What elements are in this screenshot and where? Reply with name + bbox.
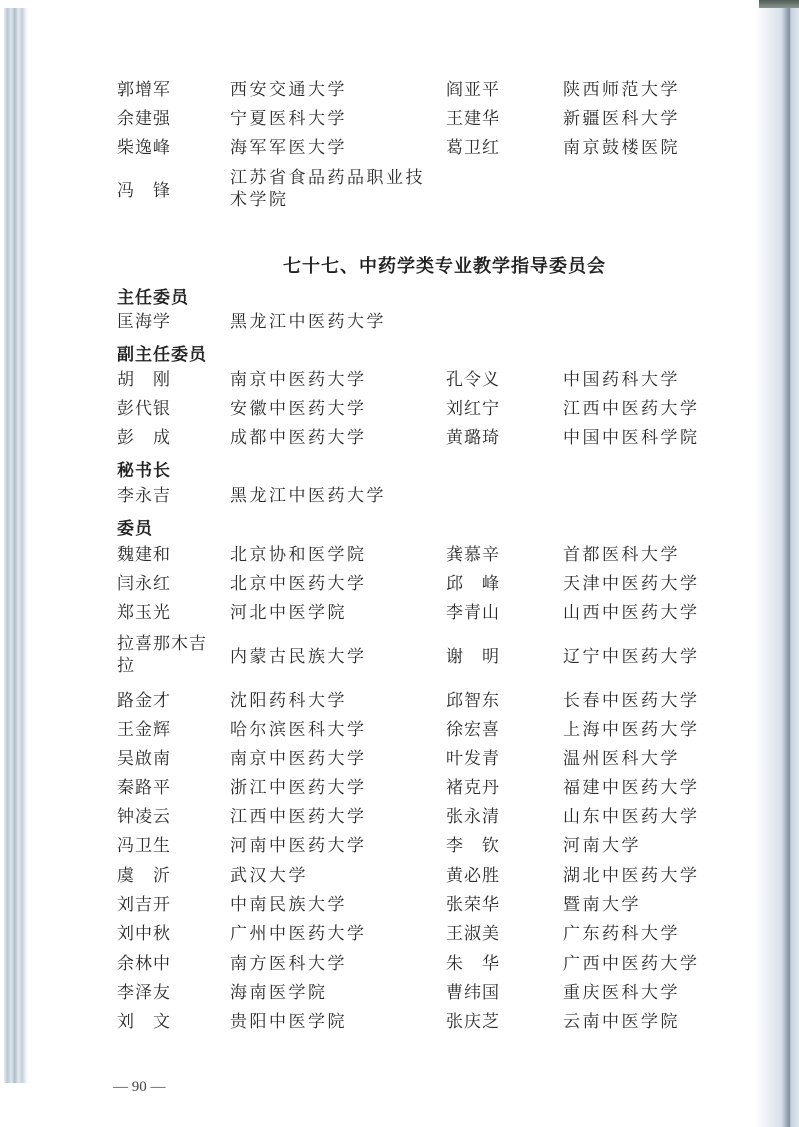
member-organization: 云南中医学院 — [563, 1008, 680, 1036]
member-name: 李泽友 — [117, 979, 171, 1007]
member-row: 魏建和 北京协和医学院 龚慕辛 首都医科大学 — [0, 541, 799, 569]
member-name: 匡海学 — [117, 308, 171, 336]
role-heading-director: 主任委员 — [117, 283, 189, 308]
member-organization: 西安交通大学 — [230, 76, 347, 104]
role-heading-secretary-general: 秘书长 — [117, 456, 171, 481]
member-row: 冯 锋 江苏省食品药品职业技术学院 — [0, 167, 799, 215]
member-name: 胡 刚 — [117, 366, 171, 394]
member-name: 谢 明 — [446, 643, 500, 671]
member-row: 刘中秋 广州中医药大学 王淑美 广东药科大学 — [0, 920, 799, 948]
member-organization: 安徽中医药大学 — [230, 395, 367, 423]
member-organization: 海军军医大学 — [230, 134, 347, 162]
member-name: 邱智东 — [446, 687, 500, 715]
member-row: 柴逸峰 海军军医大学 葛卫红 南京鼓楼医院 — [0, 134, 799, 162]
member-organization: 黑龙江中医药大学 — [230, 308, 386, 336]
member-name: 葛卫红 — [446, 134, 500, 162]
member-organization: 武汉大学 — [230, 862, 308, 890]
member-name: 褚克丹 — [446, 774, 500, 802]
member-organization: 北京协和医学院 — [230, 541, 367, 569]
member-organization: 福建中医药大学 — [563, 774, 700, 802]
member-organization: 温州医科大学 — [563, 745, 680, 773]
member-name: 刘红宁 — [446, 395, 500, 423]
member-name: 刘中秋 — [117, 920, 171, 948]
member-name: 徐宏喜 — [446, 716, 500, 744]
member-organization: 首都医科大学 — [563, 541, 680, 569]
member-name: 黄必胜 — [446, 862, 500, 890]
member-row: 王金辉 哈尔滨医科大学 徐宏喜 上海中医药大学 — [0, 716, 799, 744]
member-organization: 哈尔滨医科大学 — [230, 716, 367, 744]
member-row: 虞 沂 武汉大学 黄必胜 湖北中医药大学 — [0, 862, 799, 890]
member-organization: 天津中医药大学 — [563, 570, 700, 598]
member-row: 秦路平 浙江中医药大学 褚克丹 福建中医药大学 — [0, 774, 799, 802]
member-name: 吴啟南 — [117, 745, 171, 773]
member-organization: 中国药科大学 — [563, 366, 680, 394]
member-organization: 南京中医药大学 — [230, 745, 367, 773]
member-organization: 南京中医药大学 — [230, 366, 367, 394]
member-name: 龚慕辛 — [446, 541, 500, 569]
member-name: 阎亚平 — [446, 76, 500, 104]
member-name: 虞 沂 — [117, 862, 171, 890]
member-organization: 广州中医药大学 — [230, 920, 367, 948]
member-row: 李永吉 黑龙江中医药大学 — [0, 482, 799, 510]
member-organization: 广西中医药大学 — [563, 950, 700, 978]
member-name: 冯 锋 — [117, 177, 171, 205]
member-name: 张永清 — [446, 803, 500, 831]
member-name: 黄璐琦 — [446, 424, 500, 452]
member-name: 郭增军 — [117, 76, 171, 104]
member-row: 闫永红 北京中医药大学 邱 峰 天津中医药大学 — [0, 570, 799, 598]
member-row: 李泽友 海南医学院 曹纬国 重庆医科大学 — [0, 979, 799, 1007]
member-name: 拉喜那木吉拉 — [117, 633, 217, 677]
member-name: 路金才 — [117, 687, 171, 715]
member-row: 拉喜那木吉拉 内蒙古民族大学 谢 明 辽宁中医药大学 — [0, 633, 799, 681]
member-organization: 贵阳中医学院 — [230, 1008, 347, 1036]
member-name: 张庆芝 — [446, 1008, 500, 1036]
member-organization: 新疆医科大学 — [563, 105, 680, 133]
member-organization: 南京鼓楼医院 — [563, 134, 680, 162]
member-organization: 中国中医科学院 — [563, 424, 700, 452]
page-number: — 90 — — [113, 1079, 166, 1096]
member-name: 钟凌云 — [117, 803, 171, 831]
member-organization: 上海中医药大学 — [563, 716, 700, 744]
member-row: 郑玉光 河北中医学院 李青山 山西中医药大学 — [0, 599, 799, 627]
member-row: 冯卫生 河南中医药大学 李 钦 河南大学 — [0, 832, 799, 860]
member-name: 李永吉 — [117, 482, 171, 510]
member-name: 王建华 — [446, 105, 500, 133]
member-name: 李青山 — [446, 599, 500, 627]
member-name: 张荣华 — [446, 891, 500, 919]
section-title: 七十七、中药学类专业教学指导委员会 — [0, 252, 799, 278]
role-heading-deputy-director: 副主任委员 — [117, 340, 207, 365]
member-organization: 山西中医药大学 — [563, 599, 700, 627]
member-name: 王金辉 — [117, 716, 171, 744]
member-name: 叶发青 — [446, 745, 500, 773]
member-name: 朱 华 — [446, 950, 500, 978]
member-name: 曹纬国 — [446, 979, 500, 1007]
member-row: 匡海学 黑龙江中医药大学 — [0, 308, 799, 336]
member-organization: 成都中医药大学 — [230, 424, 367, 452]
member-row: 郭增军 西安交通大学 阎亚平 陕西师范大学 — [0, 76, 799, 104]
member-organization: 长春中医药大学 — [563, 687, 700, 715]
member-organization: 内蒙古民族大学 — [230, 643, 430, 671]
member-organization: 江苏省食品药品职业技术学院 — [230, 167, 430, 211]
member-organization: 黑龙江中医药大学 — [230, 482, 386, 510]
member-row: 胡 刚 南京中医药大学 孔令义 中国药科大学 — [0, 366, 799, 394]
member-row: 余建强 宁夏医科大学 王建华 新疆医科大学 — [0, 105, 799, 133]
member-row: 钟凌云 江西中医药大学 张永清 山东中医药大学 — [0, 803, 799, 831]
member-organization: 湖北中医药大学 — [563, 862, 700, 890]
member-organization: 浙江中医药大学 — [230, 774, 367, 802]
member-name: 柴逸峰 — [117, 134, 171, 162]
member-organization: 南方医科大学 — [230, 950, 347, 978]
member-organization: 河南大学 — [563, 832, 641, 860]
member-organization: 北京中医药大学 — [230, 570, 367, 598]
member-name: 郑玉光 — [117, 599, 171, 627]
member-name: 秦路平 — [117, 774, 171, 802]
member-name: 王淑美 — [446, 920, 500, 948]
member-row: 路金才 沈阳药科大学 邱智东 长春中医药大学 — [0, 687, 799, 715]
member-row: 余林中 南方医科大学 朱 华 广西中医药大学 — [0, 950, 799, 978]
member-name: 刘吉开 — [117, 891, 171, 919]
member-name: 魏建和 — [117, 541, 171, 569]
member-organization: 河北中医学院 — [230, 599, 347, 627]
member-organization: 沈阳药科大学 — [230, 687, 347, 715]
member-name: 孔令义 — [446, 366, 500, 394]
member-name: 闫永红 — [117, 570, 171, 598]
member-name: 彭 成 — [117, 424, 171, 452]
member-organization: 辽宁中医药大学 — [563, 643, 700, 671]
member-name: 余建强 — [117, 105, 171, 133]
member-organization: 河南中医药大学 — [230, 832, 367, 860]
member-name: 邱 峰 — [446, 570, 500, 598]
member-row: 吴啟南 南京中医药大学 叶发青 温州医科大学 — [0, 745, 799, 773]
member-organization: 山东中医药大学 — [563, 803, 700, 831]
member-organization: 中南民族大学 — [230, 891, 347, 919]
member-row: 彭 成 成都中医药大学 黄璐琦 中国中医科学院 — [0, 424, 799, 452]
member-organization: 重庆医科大学 — [563, 979, 680, 1007]
member-organization: 暨南大学 — [563, 891, 641, 919]
member-row: 刘吉开 中南民族大学 张荣华 暨南大学 — [0, 891, 799, 919]
member-name: 李 钦 — [446, 832, 500, 860]
member-row: 刘 文 贵阳中医学院 张庆芝 云南中医学院 — [0, 1008, 799, 1036]
member-organization: 陕西师范大学 — [563, 76, 680, 104]
member-name: 冯卫生 — [117, 832, 171, 860]
member-organization: 海南医学院 — [230, 979, 328, 1007]
member-name: 彭代银 — [117, 395, 171, 423]
member-organization: 宁夏医科大学 — [230, 105, 347, 133]
member-name: 余林中 — [117, 950, 171, 978]
role-heading-members: 委员 — [117, 514, 153, 539]
member-organization: 广东药科大学 — [563, 920, 680, 948]
member-name: 刘 文 — [117, 1008, 171, 1036]
member-organization: 江西中医药大学 — [563, 395, 700, 423]
document-page: 郭增军 西安交通大学 阎亚平 陕西师范大学 余建强 宁夏医科大学 王建华 新疆医… — [0, 0, 799, 1127]
member-row: 彭代银 安徽中医药大学 刘红宁 江西中医药大学 — [0, 395, 799, 423]
member-organization: 江西中医药大学 — [230, 803, 367, 831]
